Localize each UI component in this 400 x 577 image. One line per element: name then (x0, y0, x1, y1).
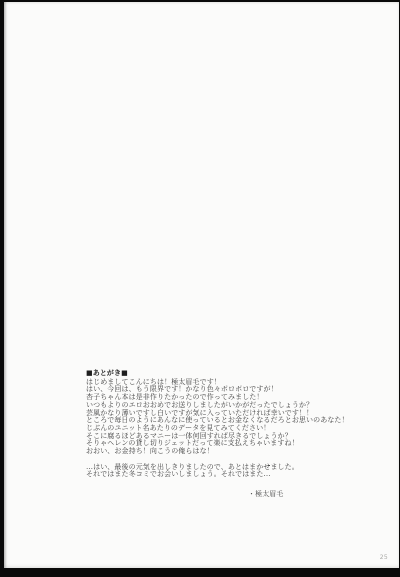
afterword-closing-block: …はい、最後の元気を出しきりましたので、あとはまかせました。 それではまた冬コミ… (86, 464, 386, 479)
afterword-heading: ■あとがき■ (86, 370, 386, 378)
afterword-line: おおい、お金持ち！向こうの俺らはな！ (86, 448, 386, 456)
scan-black-frame: ■あとがき■ はじめましてこんにちは！極太眉毛です！ はい、今回は、もう限界です… (0, 0, 400, 577)
afterword-text-block: ■あとがき■ はじめましてこんにちは！極太眉毛です！ はい、今回は、もう限界です… (86, 370, 386, 499)
afterword-closing-line: それではまた冬コミでお会いしましょう。それではまた… (86, 471, 386, 479)
author-signature: ・極太眉毛 (86, 491, 386, 499)
scanned-page: ■あとがき■ はじめましてこんにちは！極太眉毛です！ はい、今回は、もう限界です… (4, 2, 399, 568)
page-number: 25 (380, 554, 388, 561)
